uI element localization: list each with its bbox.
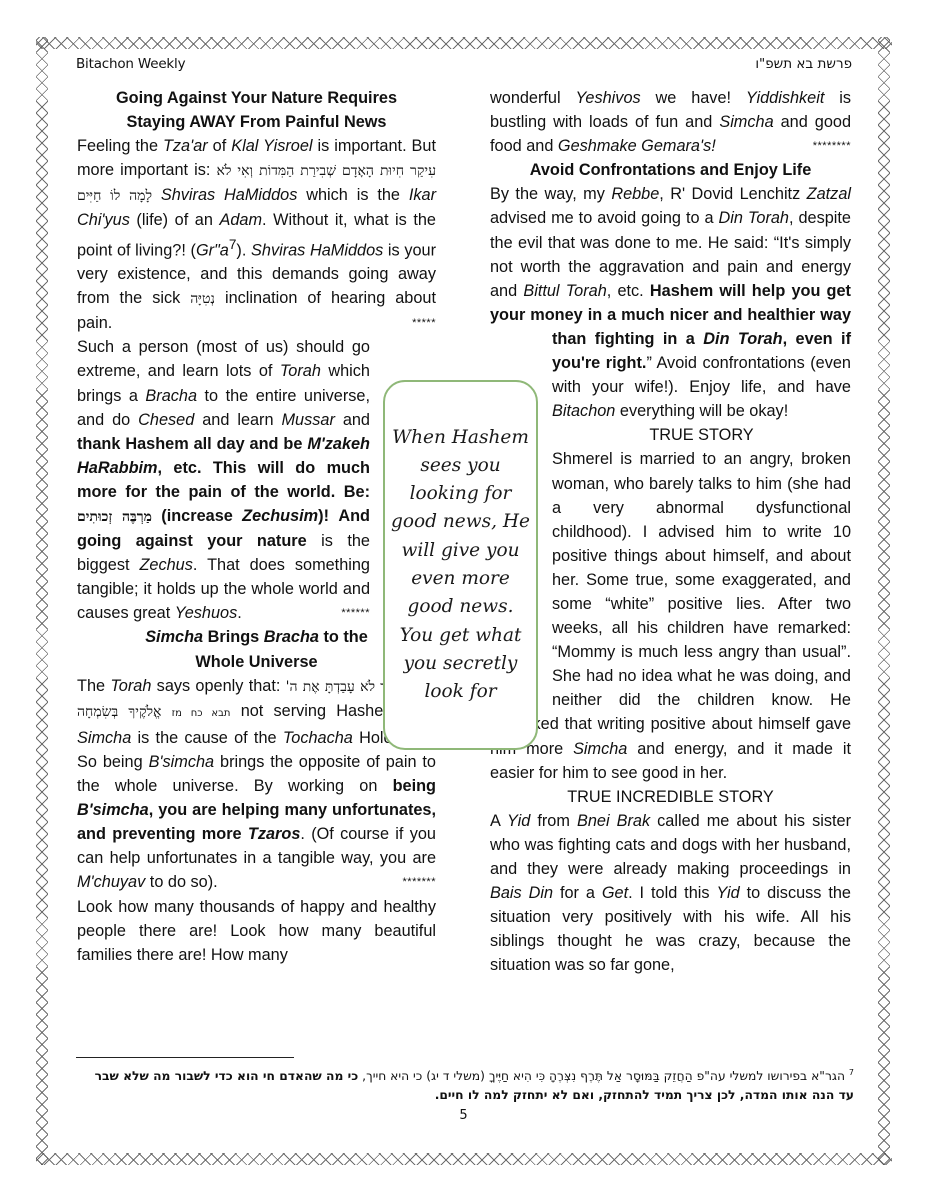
paragraph: By the way, my Rebbe, R' Dovid Lenchitz … — [490, 182, 851, 423]
story-heading: TRUE INCREDIBLE STORY — [490, 785, 851, 809]
footnote: 7 הגר"א בפירושו למשלי עה"פ הַחֲזֵק בַּמּ… — [76, 1063, 854, 1105]
footnote-divider — [76, 1057, 294, 1058]
paragraph: Feeling the Tza'ar of Klal Yisroel is im… — [77, 134, 436, 335]
decorative-border-top — [36, 37, 892, 49]
parsha-title: פרשת בא תשפ"ו — [755, 56, 852, 72]
pull-quote-text: When Hashem sees you looking for good ne… — [389, 424, 532, 707]
footnote-number: 7 — [849, 1068, 854, 1077]
decorative-border-right — [878, 37, 890, 1165]
paragraph: Look how many thousands of happy and hea… — [77, 895, 436, 967]
section-separator: ****** — [341, 601, 370, 625]
decorative-border-bottom — [36, 1153, 892, 1165]
decorative-border-left — [36, 37, 48, 1165]
paragraph: wonderful Yeshivos we have! Yiddishkeit … — [490, 86, 851, 158]
section-separator: ******** — [813, 134, 851, 158]
pull-quote-box: When Hashem sees you looking for good ne… — [383, 380, 538, 750]
page-number: 5 — [0, 1108, 927, 1123]
publication-title: Bitachon Weekly — [76, 56, 185, 72]
article-heading-1: Going Against Your Nature Requires Stayi… — [77, 86, 436, 134]
section-separator: ***** — [412, 311, 436, 335]
article-heading-3: Avoid Confrontations and Enjoy Life — [490, 158, 851, 182]
paragraph: A Yid from Bnei Brak called me about his… — [490, 809, 851, 978]
page-header: Bitachon Weekly פרשת בא תשפ"ו — [76, 56, 852, 74]
hebrew-source: תבא כח מז — [172, 708, 231, 719]
right-column: wonderful Yeshivos we have! Yiddishkeit … — [490, 86, 851, 977]
section-separator: ******* — [403, 870, 436, 894]
